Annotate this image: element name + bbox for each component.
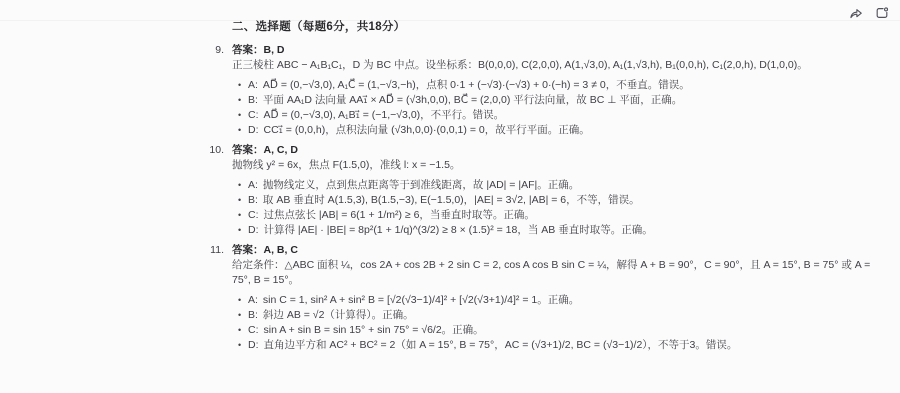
- option-text: B:取 AB 垂直时 A(1.5,3), B(1.5,−3), E(−1.5,0…: [248, 193, 888, 208]
- question-item: 11.答案：A, B, C给定条件：△ABC 面积 ¼，cos 2A + cos…: [204, 243, 888, 353]
- bullet-icon: •: [238, 108, 248, 123]
- option-row: •D:计算得 |AE| · |BE| = 8p²(1 + 1/q)^(3/2) …: [238, 223, 888, 238]
- options-list: •A:抛物线定义，点到焦点距离等于到准线距离，故 |AD| = |AF|。正确。…: [232, 178, 888, 238]
- page: { "colors": { "background": "#fbfbfb", "…: [0, 0, 900, 393]
- option-row: •C:AD⃗ = (0,−√3,0), A₁B₁⃗ = (−1,−√3,0)，不…: [238, 108, 888, 123]
- bullet-icon: •: [238, 323, 248, 338]
- option-text: D:CC₁⃗ = (0,0,h)，点积法向量 (√3h,0,0)·(0,0,1)…: [248, 123, 888, 138]
- option-row: •C:过焦点弦长 |AB| = 6(1 + 1/m²) ≥ 6，当垂直时取等。正…: [238, 208, 888, 223]
- option-label: A:: [248, 179, 258, 191]
- question-body: 答案：B, D正三棱柱 ABC − A₁B₁C₁，D 为 BC 中点。设坐标系：…: [232, 43, 888, 138]
- option-label: A:: [248, 79, 258, 91]
- option-text: A:sin C = 1, sin² A + sin² B = [√2(√3−1)…: [248, 293, 888, 308]
- answer-sheet: 二、选择题（每题6分，共18分） 9.答案：B, D正三棱柱 ABC − A₁B…: [204, 18, 888, 358]
- option-label: B:: [248, 94, 258, 106]
- question-body: 答案：A, C, D抛物线 y² = 6x，焦点 F(1.5,0)，准线 l: …: [232, 143, 888, 238]
- answer-label: 答案：A, C, D: [232, 143, 888, 158]
- bullet-icon: •: [238, 338, 248, 353]
- option-text: D:计算得 |AE| · |BE| = 8p²(1 + 1/q)^(3/2) ≥…: [248, 223, 888, 238]
- option-text: B:斜边 AB = √2（计算得）。正确。: [248, 308, 888, 323]
- question-number: 9.: [204, 43, 224, 138]
- bullet-icon: •: [238, 308, 248, 323]
- option-label: C:: [248, 209, 259, 221]
- option-text: B:平面 AA₁D 法向量 AA₁⃗ × AD⃗ = (√3h,0,0), BC…: [248, 93, 888, 108]
- option-label: A:: [248, 294, 258, 306]
- option-text: A:AD⃗ = (0,−√3,0), A₁C⃗ = (1,−√3,−h)，点积 …: [248, 78, 888, 93]
- option-label: C:: [248, 324, 259, 336]
- bullet-icon: •: [238, 178, 248, 193]
- question-intro: 正三棱柱 ABC − A₁B₁C₁，D 为 BC 中点。设坐标系：B(0,0,0…: [232, 58, 888, 73]
- option-label: D:: [248, 224, 259, 236]
- bullet-icon: •: [238, 123, 248, 138]
- option-text: C:AD⃗ = (0,−√3,0), A₁B₁⃗ = (−1,−√3,0)，不平…: [248, 108, 888, 123]
- bullet-icon: •: [238, 293, 248, 308]
- options-list: •A:sin C = 1, sin² A + sin² B = [√2(√3−1…: [232, 293, 888, 353]
- option-label: C:: [248, 109, 259, 121]
- option-label: D:: [248, 124, 259, 136]
- option-text: C:sin A + sin B = sin 15° + sin 75° = √6…: [248, 323, 888, 338]
- option-text: C:过焦点弦长 |AB| = 6(1 + 1/m²) ≥ 6，当垂直时取等。正确…: [248, 208, 888, 223]
- answer-label: 答案：B, D: [232, 43, 888, 58]
- section-title: 二、选择题（每题6分，共18分）: [232, 18, 888, 34]
- option-text: D:直角边平方和 AC² + BC² = 2（如 A = 15°, B = 75…: [248, 338, 888, 353]
- option-text: A:抛物线定义，点到焦点距离等于到准线距离，故 |AD| = |AF|。正确。: [248, 178, 888, 193]
- question-number: 10.: [204, 143, 224, 238]
- option-row: •D:CC₁⃗ = (0,0,h)，点积法向量 (√3h,0,0)·(0,0,1…: [238, 123, 888, 138]
- option-row: •B:平面 AA₁D 法向量 AA₁⃗ × AD⃗ = (√3h,0,0), B…: [238, 93, 888, 108]
- bullet-icon: •: [238, 193, 248, 208]
- answer-label: 答案：A, B, C: [232, 243, 888, 258]
- option-label: B:: [248, 194, 258, 206]
- option-label: D:: [248, 339, 259, 351]
- option-row: •B:取 AB 垂直时 A(1.5,3), B(1.5,−3), E(−1.5,…: [238, 193, 888, 208]
- bullet-icon: •: [238, 78, 248, 93]
- question-intro: 抛物线 y² = 6x，焦点 F(1.5,0)，准线 l: x = −1.5。: [232, 158, 888, 173]
- option-row: •A:sin C = 1, sin² A + sin² B = [√2(√3−1…: [238, 293, 888, 308]
- option-row: •C:sin A + sin B = sin 15° + sin 75° = √…: [238, 323, 888, 338]
- questions-list: 9.答案：B, D正三棱柱 ABC − A₁B₁C₁，D 为 BC 中点。设坐标…: [204, 43, 888, 353]
- question-intro: 给定条件：△ABC 面积 ¼，cos 2A + cos 2B + 2 sin C…: [232, 258, 888, 288]
- option-row: •A:抛物线定义，点到焦点距离等于到准线距离，故 |AD| = |AF|。正确。: [238, 178, 888, 193]
- bullet-icon: •: [238, 93, 248, 108]
- question-number: 11.: [204, 243, 224, 353]
- question-item: 9.答案：B, D正三棱柱 ABC − A₁B₁C₁，D 为 BC 中点。设坐标…: [204, 43, 888, 138]
- option-row: •A:AD⃗ = (0,−√3,0), A₁C⃗ = (1,−√3,−h)，点积…: [238, 78, 888, 93]
- option-row: •D:直角边平方和 AC² + BC² = 2（如 A = 15°, B = 7…: [238, 338, 888, 353]
- bullet-icon: •: [238, 208, 248, 223]
- option-label: B:: [248, 309, 258, 321]
- option-row: •B:斜边 AB = √2（计算得）。正确。: [238, 308, 888, 323]
- bullet-icon: •: [238, 223, 248, 238]
- question-item: 10.答案：A, C, D抛物线 y² = 6x，焦点 F(1.5,0)，准线 …: [204, 143, 888, 238]
- question-body: 答案：A, B, C给定条件：△ABC 面积 ¼，cos 2A + cos 2B…: [232, 243, 888, 353]
- options-list: •A:AD⃗ = (0,−√3,0), A₁C⃗ = (1,−√3,−h)，点积…: [232, 78, 888, 138]
